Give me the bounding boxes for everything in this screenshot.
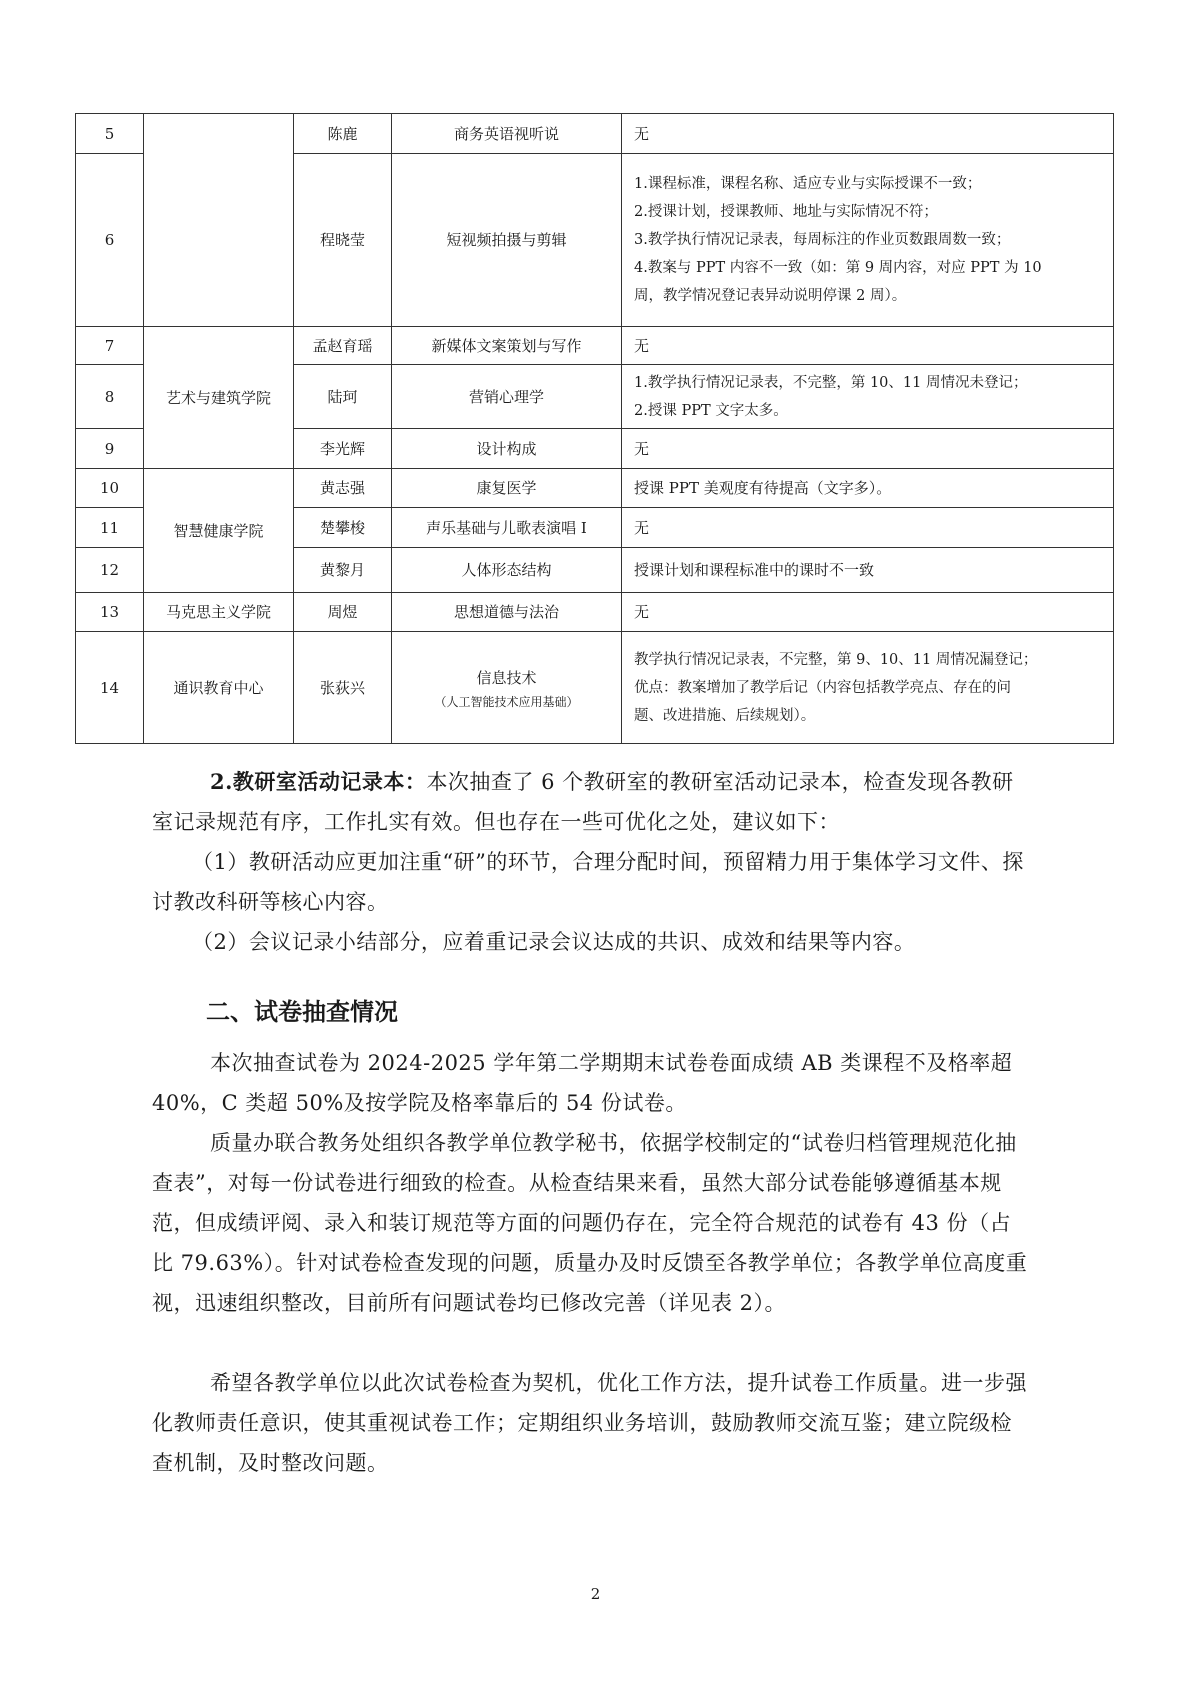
issue-line: 周，教学情况登记表异动说明停课 2 周）。 bbox=[634, 282, 1107, 310]
issue-line: 授课计划和课程标准中的课时不一致 bbox=[634, 556, 1107, 584]
course-name: 短视频拍摄与剪辑 bbox=[392, 154, 622, 327]
issue-line: 无 bbox=[634, 598, 1107, 626]
course-subtitle: （人工智能技术应用基础） bbox=[392, 692, 621, 712]
table-row: 5 陈鹿 商务英语视听说 无 bbox=[76, 114, 1114, 154]
teacher-name: 黄志强 bbox=[294, 469, 392, 508]
suggestion-text: （2）会议记录小结部分，应着重记录会议达成的共识、成效和结果等内容。 bbox=[192, 930, 915, 954]
paragraph-research-office-records: 2.教研室活动记录本：本次抽查了 6 个教研室的教研室活动记录本，检查发现各教研… bbox=[152, 762, 1032, 842]
issue-line: 3.教学执行情况记录表，每周标注的作业页数跟周数一致； bbox=[634, 226, 1107, 254]
row-number: 7 bbox=[76, 327, 144, 365]
teacher-name: 李光辉 bbox=[294, 429, 392, 469]
course-name: 信息技术 bbox=[392, 664, 621, 692]
row-number: 5 bbox=[76, 114, 144, 154]
row-number: 12 bbox=[76, 548, 144, 593]
course-name: 思想道德与法治 bbox=[392, 593, 622, 632]
issue-cell: 教学执行情况记录表，不完整，第 9、10、11 周情况漏登记； 优点：教案增加了… bbox=[622, 632, 1114, 744]
course-name: 营销心理学 bbox=[392, 365, 622, 429]
row-number: 9 bbox=[76, 429, 144, 469]
paragraph-label: 2.教研室活动记录本： bbox=[210, 769, 426, 794]
document-page: 5 陈鹿 商务英语视听说 无 6 程晓莹 短视频拍摄与剪辑 1.课程标准，课程名… bbox=[0, 0, 1191, 1684]
course-name: 新媒体文案策划与写作 bbox=[392, 327, 622, 365]
issue-cell: 无 bbox=[622, 429, 1114, 469]
row-number: 10 bbox=[76, 469, 144, 508]
dept-cell: 通识教育中心 bbox=[144, 632, 294, 744]
row-number: 8 bbox=[76, 365, 144, 429]
course-name: 商务英语视听说 bbox=[392, 114, 622, 154]
issue-line: 2.授课 PPT 文字太多。 bbox=[634, 397, 1107, 425]
course-name: 设计构成 bbox=[392, 429, 622, 469]
issue-line: 无 bbox=[634, 332, 1107, 360]
paragraph-text: 希望各教学单位以此次试卷检查为契机，优化工作方法，提升试卷工作质量。进一步强化教… bbox=[152, 1371, 1027, 1475]
row-number: 14 bbox=[76, 632, 144, 744]
paragraph-text: 本次抽查试卷为 2024-2025 学年第二学期期末试卷卷面成绩 AB 类课程不… bbox=[152, 1051, 1012, 1115]
course-name: 康复医学 bbox=[392, 469, 622, 508]
course-name: 人体形态结构 bbox=[392, 548, 622, 593]
dept-cell: 艺术与建筑学院 bbox=[144, 327, 294, 469]
page-number: 2 bbox=[0, 1585, 1191, 1603]
issue-cell: 授课 PPT 美观度有待提高（文字多）。 bbox=[622, 469, 1114, 508]
issue-line: 题、改进措施、后续规划）。 bbox=[634, 702, 1107, 730]
issue-line: 无 bbox=[634, 514, 1107, 542]
issue-cell: 无 bbox=[622, 114, 1114, 154]
row-number: 6 bbox=[76, 154, 144, 327]
issue-line: 2.授课计划，授课教师、地址与实际情况不符； bbox=[634, 198, 1107, 226]
teacher-name: 陆珂 bbox=[294, 365, 392, 429]
paragraph-recommendations: 希望各教学单位以此次试卷检查为契机，优化工作方法，提升试卷工作质量。进一步强化教… bbox=[152, 1363, 1032, 1483]
section-heading: 二、试卷抽查情况 bbox=[206, 992, 398, 1027]
issue-line: 无 bbox=[634, 435, 1107, 463]
issue-cell: 无 bbox=[622, 593, 1114, 632]
issue-line: 4.教案与 PPT 内容不一致（如：第 9 周内容，对应 PPT 为 10 bbox=[634, 254, 1107, 282]
paragraph-exam-scope: 本次抽查试卷为 2024-2025 学年第二学期期末试卷卷面成绩 AB 类课程不… bbox=[152, 1043, 1032, 1123]
teacher-name: 周煜 bbox=[294, 593, 392, 632]
teacher-name: 孟赵育瑶 bbox=[294, 327, 392, 365]
issue-line: 1.教学执行情况记录表，不完整，第 10、11 周情况未登记； bbox=[634, 369, 1107, 397]
teacher-name: 张荻兴 bbox=[294, 632, 392, 744]
table-row: 10 智慧健康学院 黄志强 康复医学 授课 PPT 美观度有待提高（文字多）。 bbox=[76, 469, 1114, 508]
row-number: 11 bbox=[76, 508, 144, 548]
issue-line: 无 bbox=[634, 120, 1107, 148]
course-name-cell: 信息技术 （人工智能技术应用基础） bbox=[392, 632, 622, 744]
issue-line: 1.课程标准，课程名称、适应专业与实际授课不一致； bbox=[634, 170, 1107, 198]
issue-cell: 无 bbox=[622, 327, 1114, 365]
issue-cell: 1.课程标准，课程名称、适应专业与实际授课不一致； 2.授课计划，授课教师、地址… bbox=[622, 154, 1114, 327]
dept-cell bbox=[144, 114, 294, 327]
issue-cell: 授课计划和课程标准中的课时不一致 bbox=[622, 548, 1114, 593]
course-check-table: 5 陈鹿 商务英语视听说 无 6 程晓莹 短视频拍摄与剪辑 1.课程标准，课程名… bbox=[75, 113, 1114, 744]
issue-cell: 无 bbox=[622, 508, 1114, 548]
dept-cell: 智慧健康学院 bbox=[144, 469, 294, 593]
teacher-name: 楚攀梭 bbox=[294, 508, 392, 548]
table-row: 14 通识教育中心 张荻兴 信息技术 （人工智能技术应用基础） 教学执行情况记录… bbox=[76, 632, 1114, 744]
dept-cell: 马克思主义学院 bbox=[144, 593, 294, 632]
suggestion-1: （1）教研活动应更加注重“研”的环节，合理分配时间，预留精力用于集体学习文件、探… bbox=[152, 842, 1032, 922]
table-row: 13 马克思主义学院 周煜 思想道德与法治 无 bbox=[76, 593, 1114, 632]
suggestion-2: （2）会议记录小结部分，应着重记录会议达成的共识、成效和结果等内容。 bbox=[152, 922, 1032, 962]
issue-line: 教学执行情况记录表，不完整，第 9、10、11 周情况漏登记； bbox=[634, 646, 1107, 674]
teacher-name: 陈鹿 bbox=[294, 114, 392, 154]
paragraph-text: 质量办联合教务处组织各教学单位教学秘书，依据学校制定的“试卷归档管理规范化抽查表… bbox=[152, 1131, 1027, 1315]
teacher-name: 黄黎月 bbox=[294, 548, 392, 593]
issue-cell: 1.教学执行情况记录表，不完整，第 10、11 周情况未登记； 2.授课 PPT… bbox=[622, 365, 1114, 429]
teacher-name: 程晓莹 bbox=[294, 154, 392, 327]
paragraph-exam-results: 质量办联合教务处组织各教学单位教学秘书，依据学校制定的“试卷归档管理规范化抽查表… bbox=[152, 1123, 1032, 1323]
suggestion-text: （1）教研活动应更加注重“研”的环节，合理分配时间，预留精力用于集体学习文件、探… bbox=[152, 850, 1024, 914]
issue-line: 优点：教案增加了教学后记（内容包括教学亮点、存在的问 bbox=[634, 674, 1107, 702]
course-name: 声乐基础与儿歌表演唱 I bbox=[392, 508, 622, 548]
row-number: 13 bbox=[76, 593, 144, 632]
issue-line: 授课 PPT 美观度有待提高（文字多）。 bbox=[634, 474, 1107, 502]
table-row: 7 艺术与建筑学院 孟赵育瑶 新媒体文案策划与写作 无 bbox=[76, 327, 1114, 365]
